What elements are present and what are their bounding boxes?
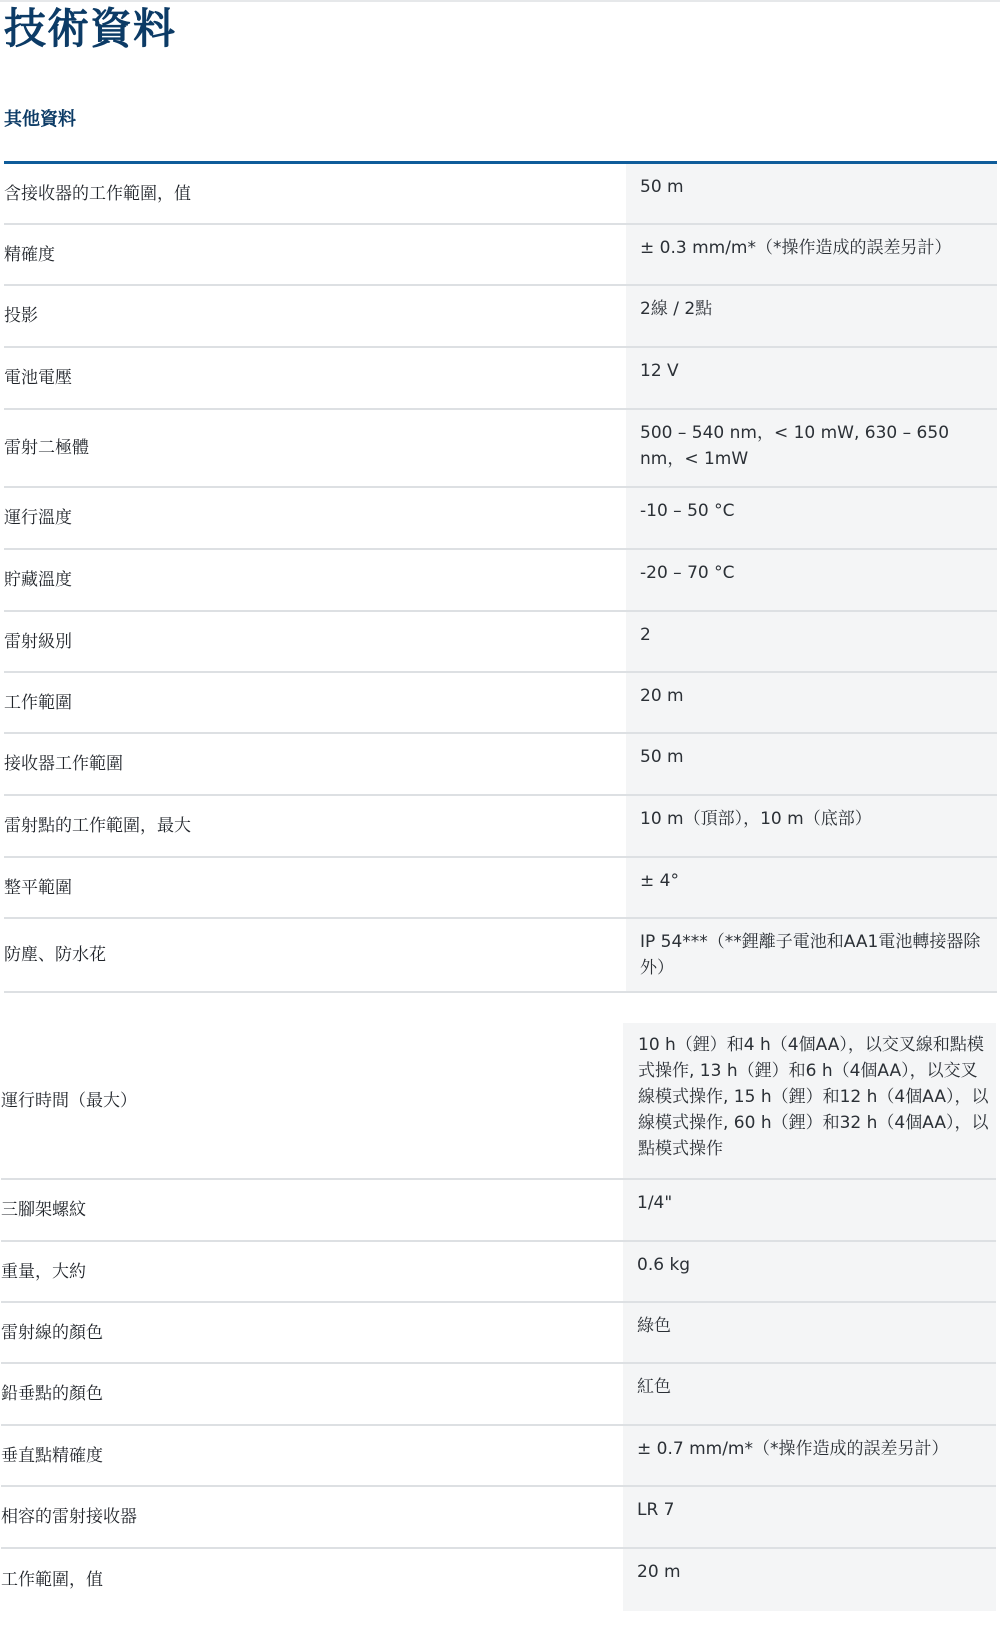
spec-row: 運行溫度 -10 – 50 °C [4,488,997,550]
spec-label: 接收器工作範圍 [4,734,626,794]
section-title: 其他資料 [4,108,76,132]
spec-value: ± 0.7 mm/m*（*操作造成的誤差另計） [623,1426,996,1485]
spec-row: 整平範圍 ± 4° [4,858,997,919]
spec-label: 電池電壓 [4,348,626,408]
spec-value: 20 m [626,673,997,732]
spec-row: 雷射線的顏色 綠色 [1,1303,996,1364]
spec-value: 0.6 kg [623,1242,996,1301]
spec-row: 垂直點精確度 ± 0.7 mm/m*（*操作造成的誤差另計） [1,1426,996,1487]
spec-row: 投影 2線 / 2點 [4,286,997,348]
spec-label: 防塵、防水花 [4,919,626,991]
spec-value: 500 – 540 nm，< 10 mW, 630 – 650 nm，< 1mW [626,410,997,486]
spec-value: LR 7 [623,1487,996,1547]
spec-row: 鉛垂點的顏色 紅色 [1,1364,996,1426]
spec-value: 50 m [626,164,997,223]
spec-row: 三腳架螺紋 1/4" [1,1180,996,1242]
spec-label: 運行時間（最大） [1,1023,623,1178]
spec-value: 12 V [626,348,997,408]
spec-value: 10 h（鋰）和4 h（4個AA），以交叉線和點模式操作, 13 h（鋰）和6 … [623,1023,996,1178]
spec-label: 相容的雷射接收器 [1,1487,623,1547]
spec-value: 50 m [626,734,997,794]
spec-label: 貯藏溫度 [4,550,626,610]
page-title: 技術資料 [4,4,176,54]
spec-value: ± 4° [626,858,997,917]
spec-row: 雷射二極體 500 – 540 nm，< 10 mW, 630 – 650 nm… [4,410,997,488]
spec-row: 工作範圍 20 m [4,673,997,734]
spec-value: 2 [626,612,997,671]
spec-label: 工作範圍，值 [1,1549,623,1611]
spec-row: 雷射級別 2 [4,612,997,673]
spec-value: ± 0.3 mm/m*（*操作造成的誤差另計） [626,225,997,284]
spec-label: 工作範圍 [4,673,626,732]
spec-label: 雷射二極體 [4,410,626,486]
spec-row: 工作範圍，值 20 m [1,1549,996,1611]
spec-label: 鉛垂點的顏色 [1,1364,623,1424]
spec-label: 運行溫度 [4,488,626,548]
spec-label: 垂直點精確度 [1,1426,623,1485]
spec-row: 接收器工作範圍 50 m [4,734,997,796]
spec-row: 防塵、防水花 IP 54***（**鋰離子電池和AA1電池轉接器除外） [4,919,997,993]
spec-value: 紅色 [623,1364,996,1424]
spec-table-continued: 運行時間（最大） 10 h（鋰）和4 h（4個AA），以交叉線和點模式操作, 1… [1,1023,996,1611]
spec-label: 雷射點的工作範圍，最大 [4,796,626,856]
spec-label: 整平範圍 [4,858,626,917]
spec-label: 精確度 [4,225,626,284]
spec-value: 20 m [623,1549,996,1611]
spec-label: 雷射線的顏色 [1,1303,623,1362]
spec-label: 雷射級別 [4,612,626,671]
spec-label: 重量，大約 [1,1242,623,1301]
spec-label: 投影 [4,286,626,346]
spec-value: -20 – 70 °C [626,550,997,610]
spec-value: 綠色 [623,1303,996,1362]
spec-value: 2線 / 2點 [626,286,997,346]
spec-row: 精確度 ± 0.3 mm/m*（*操作造成的誤差另計） [4,225,997,286]
spec-value: IP 54***（**鋰離子電池和AA1電池轉接器除外） [626,919,997,991]
spec-row: 貯藏溫度 -20 – 70 °C [4,550,997,612]
spec-row: 運行時間（最大） 10 h（鋰）和4 h（4個AA），以交叉線和點模式操作, 1… [1,1023,996,1180]
spec-label: 含接收器的工作範圍，值 [4,164,626,223]
top-divider [0,0,1000,2]
spec-row: 相容的雷射接收器 LR 7 [1,1487,996,1549]
spec-row: 電池電壓 12 V [4,348,997,410]
spec-value: 10 m（頂部），10 m（底部） [626,796,997,856]
spec-row: 重量，大約 0.6 kg [1,1242,996,1303]
spec-value: 1/4" [623,1180,996,1240]
spec-row: 含接收器的工作範圍，值 50 m [4,164,997,225]
spec-value: -10 – 50 °C [626,488,997,548]
spec-label: 三腳架螺紋 [1,1180,623,1240]
spec-row: 雷射點的工作範圍，最大 10 m（頂部），10 m（底部） [4,796,997,858]
spec-table: 含接收器的工作範圍，值 50 m 精確度 ± 0.3 mm/m*（*操作造成的誤… [4,161,997,993]
